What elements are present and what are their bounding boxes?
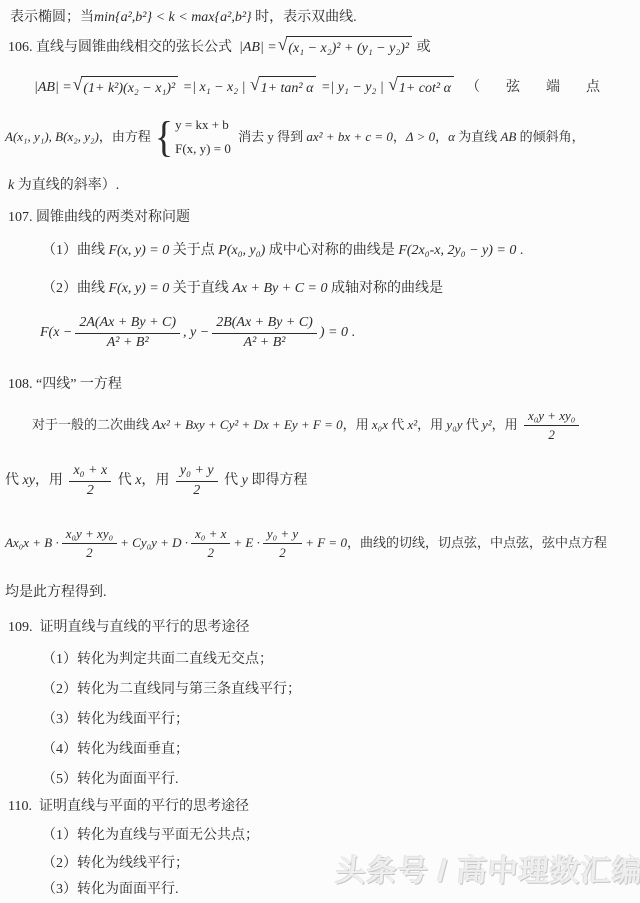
sqrt-wrap: √(x₁ − x₂)² + (y₁ − y₂)² <box>278 36 412 59</box>
num: y₀ + y <box>263 526 302 544</box>
sqrt-wrap: √(1+ k²)(x₂ − x₁)² <box>73 76 178 99</box>
m: x₀x <box>372 416 388 435</box>
m: P(x₀, y₀) <box>218 241 265 261</box>
num: x₀ + x <box>69 463 111 482</box>
formula-106-chord-length-expanded: |AB| =√(1+ k²)(x₂ − x₁)² =| x₁ − x₂ | √1… <box>34 76 626 99</box>
item-109-5: （5）转化为面面平行. <box>42 770 179 790</box>
m: y <box>242 471 248 491</box>
sec-108-four-lines: 108. “四线” 一方程 <box>8 375 122 395</box>
m: F(2x₀-x, 2y₀ − y) = 0 <box>398 241 516 261</box>
item-109-2: （2）转化为二直线同与第三条直线平行； <box>42 680 301 700</box>
frac: x₀ + x2 <box>69 463 111 500</box>
ovl: (x₁ − x₂)² + (y₁ − y₂)² <box>286 36 412 59</box>
frac: y₀ + y2 <box>176 463 218 500</box>
num: 2A(Ax + By + C) <box>75 315 180 334</box>
m: , y − <box>183 323 209 343</box>
para-106-k-slope: k 为直线的斜率）. <box>8 176 119 196</box>
para-108-substitutions: 代 xy，用 x₀ + x2 代 x，用 y₀ + y2 代 y 即得方程 <box>5 463 307 500</box>
sec-106-chord-length: 106. 直线与圆锥曲线相交的弦长公式 |AB| =√(x₁ − x₂)² + … <box>8 36 431 59</box>
m: k <box>8 176 14 196</box>
rows: y = kx + bF(x, y) = 0 <box>175 116 231 159</box>
formula-107-axis-symmetry: F(x −2A(Ax + By + C)A² + B², y −2B(Ax + … <box>40 315 355 352</box>
watermark: 头条号 / 高中理数汇编 <box>334 846 640 890</box>
para-106-ab-definition: A(x₁, y₁), B(x₂, y₂)，由方程{y = kx + bF(x, … <box>5 116 585 159</box>
frac: x₀y + xy₀2 <box>524 408 579 442</box>
ovl: (1+ k²)(x₂ − x₁)² <box>81 76 178 99</box>
para-108-conclusion: 均是此方程得到. <box>5 583 107 603</box>
den: A² + B² <box>244 334 286 352</box>
den: 2 <box>548 426 555 443</box>
den: A² + B² <box>107 334 149 352</box>
item-107-1: （1）曲线 F(x, y) = 0 关于点 P(x₀, y₀) 成中心对称的曲线… <box>42 241 523 261</box>
m: Ax + By + C = 0 <box>232 279 327 299</box>
item-109-4: （4）转化为线面垂直； <box>42 740 189 760</box>
frac: 2B(Ax + By + C)A² + B² <box>212 315 317 352</box>
den: 2 <box>193 482 200 500</box>
m: Ax² + Bxy + Cy² + Dx + Ey + F = 0 <box>152 416 342 435</box>
cases-brace: { <box>155 115 173 159</box>
m: F(x, y) = 0 <box>109 279 170 299</box>
m: x² <box>407 416 417 435</box>
m: + E · <box>233 534 259 553</box>
formula-108-four-lines-equation: Ax₀x + B ·x₀y + xy₀2+ Cy₀y + D ·x₀ + x2+… <box>5 526 607 560</box>
frac: x₀y + xy₀2 <box>62 526 117 560</box>
num: y₀ + y <box>176 463 218 482</box>
document-page: 表示椭圆；当min{a²,b²} < k < max{a²,b²} 时，表示双曲… <box>0 0 640 903</box>
sqrt-wrap: √1+ cot² α <box>388 76 454 99</box>
item-107-2: （2）曲线 F(x, y) = 0 关于直线 Ax + By + C = 0 成… <box>42 279 443 299</box>
ovl: 1+ tan² α <box>259 76 317 99</box>
row: F(x, y) = 0 <box>175 140 231 159</box>
item-110-2: （2）转化为线线平行； <box>42 854 189 874</box>
m: ax² + bx + c = 0 <box>306 128 393 147</box>
m: + F = 0 <box>305 534 347 553</box>
sec-110-line-plane-parallel: 110. 证明直线与平面的平行的思考途径 <box>8 797 249 817</box>
sec-107-symmetry: 107. 圆锥曲线的两类对称问题 <box>8 208 190 228</box>
m: min{a²,b²} < k < max{a²,b²} <box>94 8 252 28</box>
cases: {y = kx + bF(x, y) = 0 <box>155 116 231 159</box>
m: F(x, y) = 0 <box>109 241 170 261</box>
num: x₀ + x <box>191 526 230 544</box>
frac: x₀ + x2 <box>191 526 230 560</box>
item-110-1: （1）转化为直线与平面无公共点； <box>42 826 259 846</box>
m: Δ > 0 <box>406 128 435 147</box>
m: α <box>448 128 455 147</box>
m: |AB| = <box>34 78 72 98</box>
den: 2 <box>86 544 93 561</box>
num: x₀y + xy₀ <box>62 526 117 544</box>
num: 2B(Ax + By + C) <box>212 315 317 334</box>
m: Ax₀x + B · <box>5 534 59 553</box>
item-110-3: （3）转化为面面平行. <box>42 880 179 900</box>
den: 2 <box>207 544 214 561</box>
num: x₀y + xy₀ <box>524 408 579 426</box>
m: A(x₁, y₁), B(x₂, y₂) <box>5 128 99 147</box>
frac: y₀ + y2 <box>263 526 302 560</box>
m: x <box>135 471 141 491</box>
m: ) = 0 <box>320 323 348 343</box>
para-ellipse-hyperbola-note: 表示椭圆；当min{a²,b²} < k < max{a²,b²} 时，表示双曲… <box>10 8 357 28</box>
m: |AB| = <box>239 38 277 58</box>
den: 2 <box>87 482 94 500</box>
m: =| x₁ − x₂ | <box>179 78 249 98</box>
m: AB <box>500 128 516 147</box>
para-108-intro: 对于一般的二次曲线 Ax² + Bxy + Cy² + Dx + Ey + F … <box>32 408 582 442</box>
m: + Cy₀y + D · <box>120 534 188 553</box>
ovl: 1+ cot² α <box>397 76 454 99</box>
m: =| y₁ − y₂ | <box>317 78 387 98</box>
item-109-3: （3）转化为线面平行； <box>42 710 189 730</box>
m: y² <box>482 416 492 435</box>
wide: （弦端点 <box>466 78 626 98</box>
m: xy <box>23 471 35 491</box>
sqrt-wrap: √1+ tan² α <box>250 76 317 99</box>
m: y₀y <box>446 416 462 435</box>
sec-109-line-line-parallel: 109. 证明直线与直线的平行的思考途径 <box>8 618 250 638</box>
den: 2 <box>279 544 286 561</box>
row: y = kx + b <box>175 116 231 135</box>
m: F(x − <box>40 323 72 343</box>
item-109-1: （1）转化为判定共面二直线无交点； <box>42 650 273 670</box>
frac: 2A(Ax + By + C)A² + B² <box>75 315 180 352</box>
